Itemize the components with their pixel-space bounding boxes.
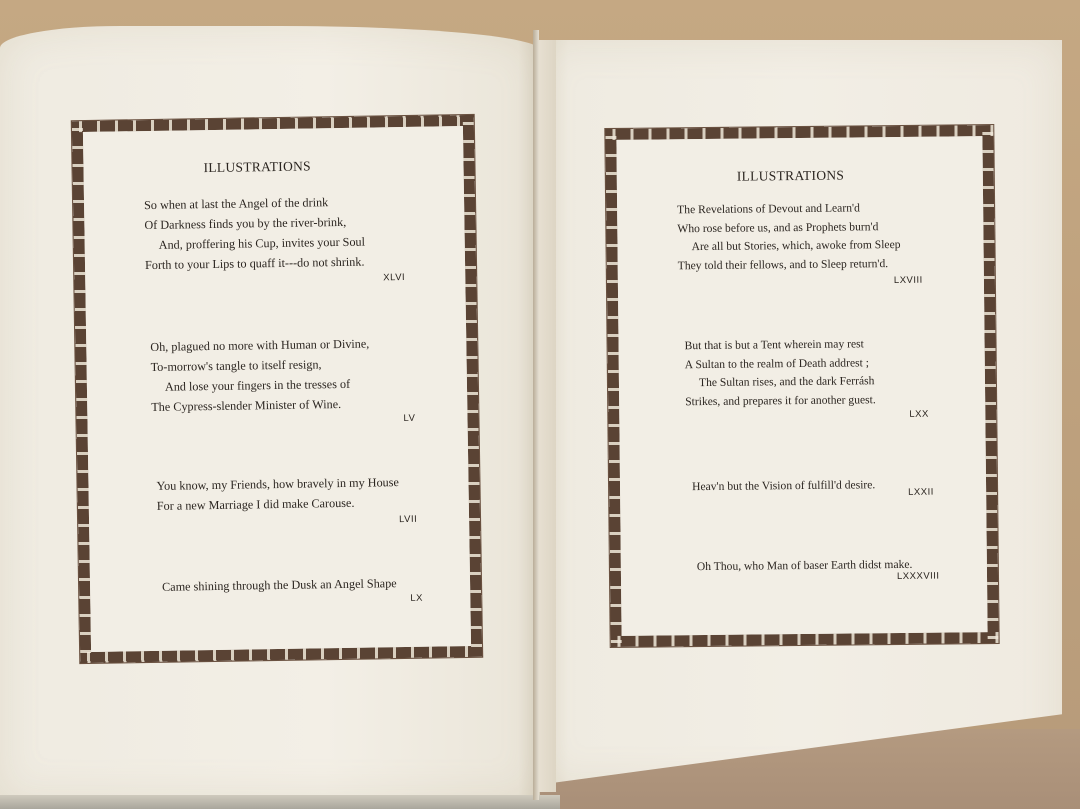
plate-numeral: LVII (399, 514, 417, 525)
verse-line: Forth to your Lips to quaff it---do not … (145, 252, 366, 275)
left-frame-inner: ILLUSTRATIONS So when at last the Angel … (83, 126, 471, 652)
plate-numeral: XLVI (383, 272, 405, 283)
verse-line: The Cypress-slender Minister of Wine. (151, 394, 370, 417)
verse-line: For a new Marriage I did make Carouse. (157, 492, 400, 516)
plate-numeral: LV (403, 413, 415, 424)
verse-line: Heav'n but the Vision of fulfill'd desir… (692, 475, 875, 497)
right-ornamental-border: ILLUSTRATIONS The Revelations of Devout … (605, 125, 998, 647)
plate-numeral: LXVIII (894, 275, 923, 286)
left-page-heading: ILLUSTRATIONS (203, 158, 311, 176)
verse-line: But that is but a Tent wherein may rest (684, 335, 875, 355)
right-entry-4: Oh Thou, who Man of baser Earth didst ma… (697, 555, 913, 577)
right-entry-3: Heav'n but the Vision of fulfill'd desir… (692, 475, 875, 497)
right-frame-inner: ILLUSTRATIONS The Revelations of Devout … (616, 136, 987, 636)
book-cover-edge (0, 795, 560, 809)
right-entry-1: The Revelations of Devout and Learn'd Wh… (677, 199, 901, 275)
left-entry-3: You know, my Friends, how bravely in my … (156, 472, 399, 516)
verse-line: Strikes, and prepares it for another gue… (685, 391, 876, 411)
left-entry-1: So when at last the Angel of the drink O… (144, 192, 366, 275)
left-entry-2: Oh, plagued no more with Human or Divine… (150, 334, 370, 417)
left-ornamental-border: ILLUSTRATIONS So when at last the Angel … (72, 115, 482, 663)
right-entry-2: But that is but a Tent wherein may rest … (684, 335, 875, 411)
page-spine (536, 40, 556, 792)
verse-line: Oh Thou, who Man of baser Earth didst ma… (697, 555, 913, 577)
plate-numeral: LXXXVIII (897, 571, 940, 582)
verse-line: Oh, plagued no more with Human or Divine… (150, 334, 369, 357)
verse-line: Came shining through the Dusk an Angel S… (162, 573, 397, 597)
verse-line: Who rose before us, and as Prophets burn… (677, 217, 900, 238)
right-page-heading: ILLUSTRATIONS (737, 168, 845, 185)
plate-numeral: LXX (909, 409, 929, 420)
verse-line: You know, my Friends, how bravely in my … (156, 472, 399, 496)
verse-line: Are all but Stories, which, awoke from S… (677, 236, 900, 257)
plate-numeral: LXXII (908, 487, 934, 498)
left-entry-4: Came shining through the Dusk an Angel S… (162, 573, 397, 597)
verse-line: They told their fellows, and to Sleep re… (678, 254, 901, 275)
plate-numeral: LX (410, 593, 423, 604)
verse-line: A Sultan to the realm of Death addrest ; (685, 354, 876, 374)
verse-line: The Revelations of Devout and Learn'd (677, 199, 900, 220)
verse-line: The Sultan rises, and the dark Ferrásh (685, 372, 876, 392)
book-gutter (533, 30, 539, 800)
